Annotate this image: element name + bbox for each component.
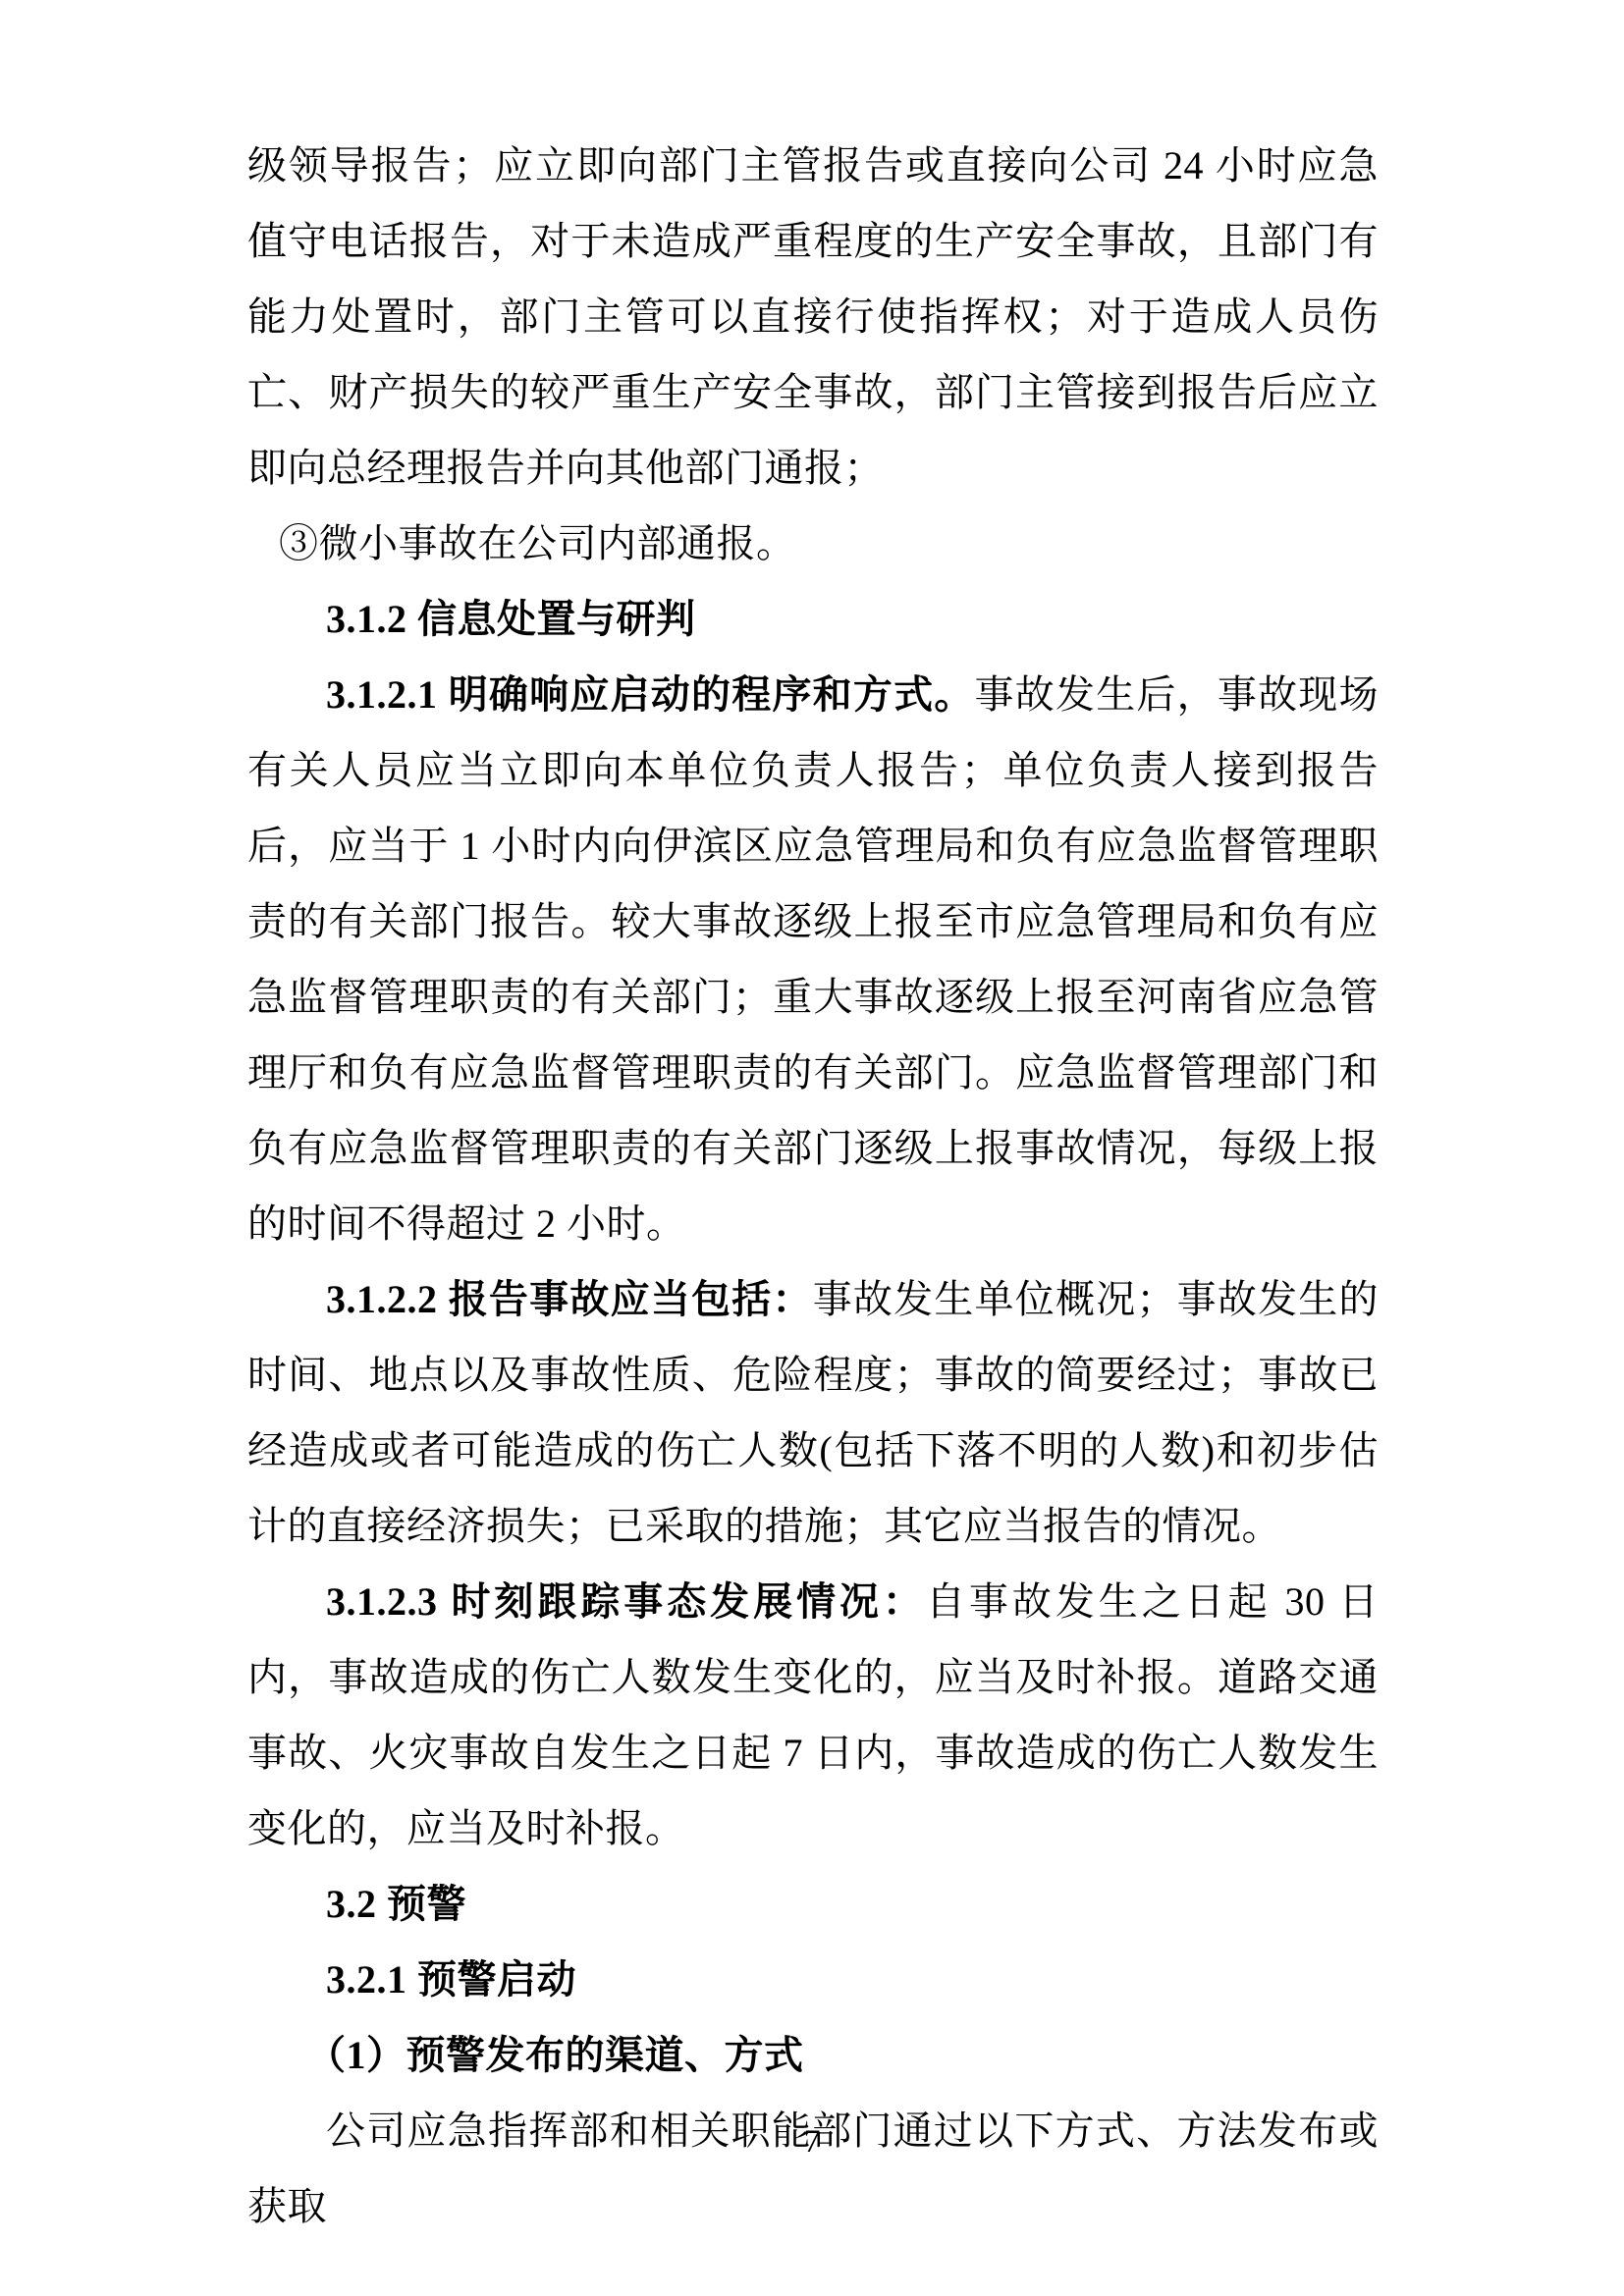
heading-text: 3.2 预警 (326, 1882, 466, 1926)
heading-text: 3.2.1 预警启动 (326, 1957, 576, 2002)
paragraph-3-1-2-2: 3.1.2.2 报告事故应当包括：事故发生单位概况；事故发生的时间、地点以及事故… (247, 1261, 1379, 1564)
page-footer: 7 (0, 2118, 1624, 2165)
document-body: 级领导报告；应立即向部门主管报告或直接向公司 24 小时应急值守电话报告，对于未… (247, 128, 1379, 2244)
heading-lead: 3.1.2.3 时刻跟踪事态发展情况： (326, 1579, 926, 1624)
document-page: 级领导报告；应立即向部门主管报告或直接向公司 24 小时应急值守电话报告，对于未… (0, 0, 1624, 2296)
paragraph-text: 事故发生后，事故现场有关人员应当立即向本单位负责人报告；单位负责人接到报告后，应… (247, 672, 1379, 1246)
paragraph-3-1-2-3: 3.1.2.3 时刻跟踪事态发展情况：自事故发生之日起 30 日内，事故造成的伤… (247, 1564, 1379, 1866)
list-item-minor-accident: ③微小事故在公司内部通报。 (247, 506, 1379, 581)
paragraph-text: ③微小事故在公司内部通报。 (279, 521, 796, 565)
paragraph-3-1-2-1: 3.1.2.1 明确响应启动的程序和方式。事故发生后，事故现场有关人员应当立即向… (247, 657, 1379, 1261)
heading-warning-channels: （1）预警发布的渠道、方式 (247, 2017, 1379, 2093)
heading-lead: 3.1.2.2 报告事故应当包括： (326, 1277, 813, 1321)
page-number: 7 (804, 2124, 821, 2160)
paragraph-warning-issue: 公司应急指挥部和相关职能部门通过以下方式、方法发布或获取 (247, 2093, 1379, 2244)
paragraph-report-escalation: 级领导报告；应立即向部门主管报告或直接向公司 24 小时应急值守电话报告，对于未… (247, 128, 1379, 506)
heading-3-1-2: 3.1.2 信息处置与研判 (247, 581, 1379, 657)
heading-3-2-1: 3.2.1 预警启动 (247, 1942, 1379, 2017)
heading-3-2: 3.2 预警 (247, 1866, 1379, 1942)
heading-text: （1）预警发布的渠道、方式 (306, 2033, 804, 2077)
heading-text: 3.1.2 信息处置与研判 (326, 597, 696, 641)
heading-lead: 3.1.2.1 明确响应启动的程序和方式。 (326, 672, 975, 717)
paragraph-text: 级领导报告；应立即向部门主管报告或直接向公司 24 小时应急值守电话报告，对于未… (247, 143, 1379, 490)
